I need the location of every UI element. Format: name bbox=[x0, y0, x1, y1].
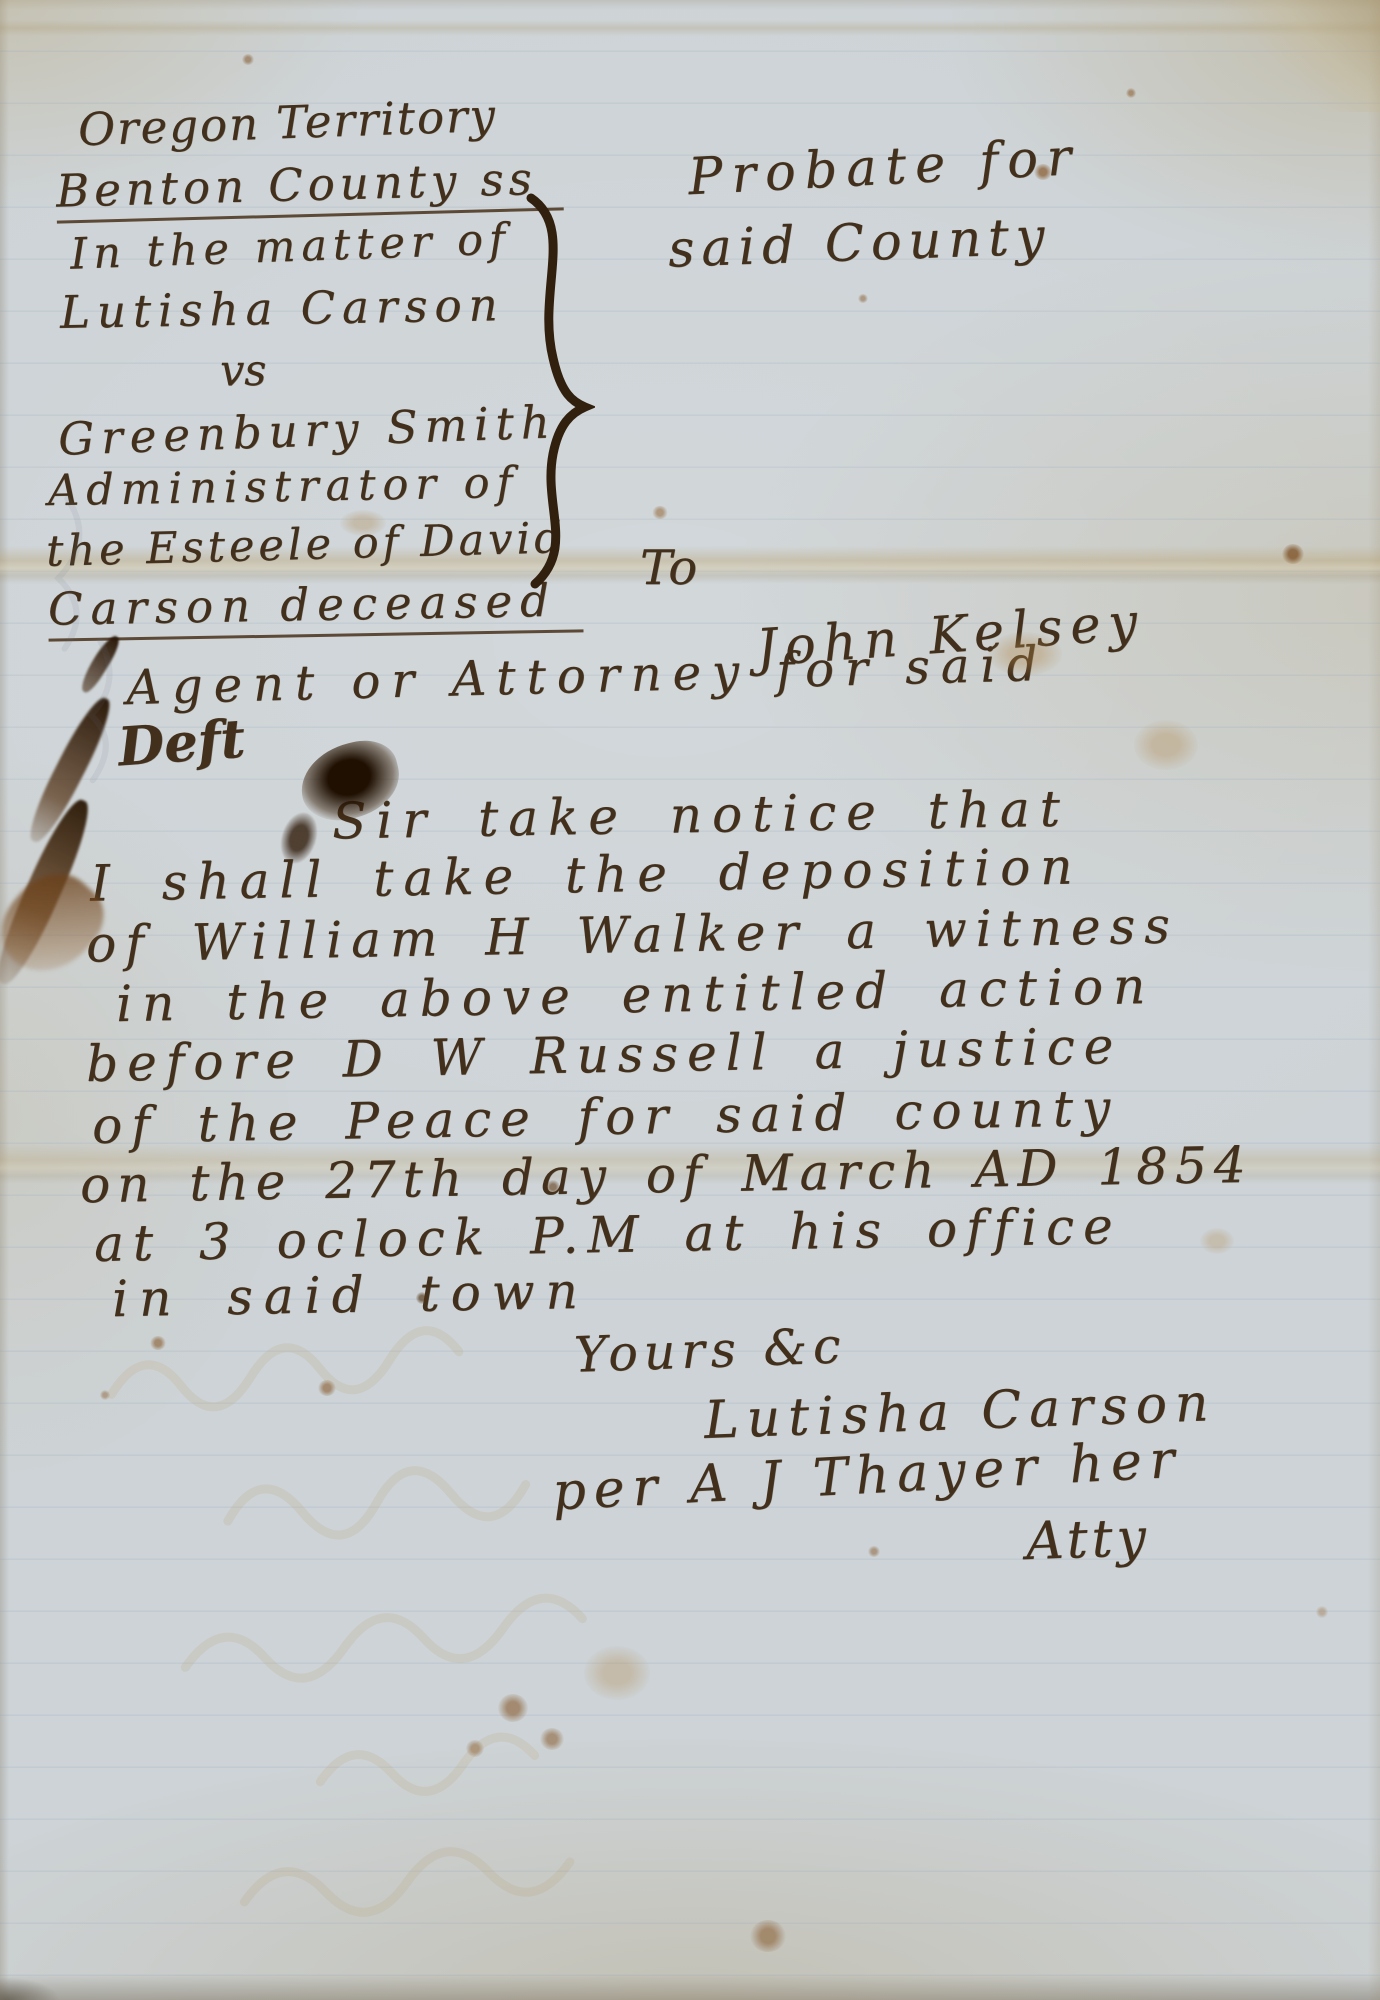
case-brace bbox=[505, 192, 595, 590]
body-line: in said town bbox=[112, 1262, 590, 1328]
scanned-document: { "caption": { "territory": "Oregon Terr… bbox=[0, 0, 1380, 2000]
caption-admin-line: Administrator of bbox=[48, 458, 520, 516]
caption-vs: vs bbox=[220, 346, 266, 396]
to-label: To bbox=[640, 540, 697, 596]
atty-label: Atty bbox=[1025, 1508, 1151, 1572]
caption-plaintiff: Lutisha Carson bbox=[60, 278, 505, 339]
caption-deceased-line: Carson deceased bbox=[48, 573, 584, 635]
valediction: Yours &c bbox=[573, 1317, 847, 1383]
caption-deceased-text: Carson deceased bbox=[48, 573, 584, 641]
deft-abbreviation: Deft bbox=[116, 708, 247, 779]
